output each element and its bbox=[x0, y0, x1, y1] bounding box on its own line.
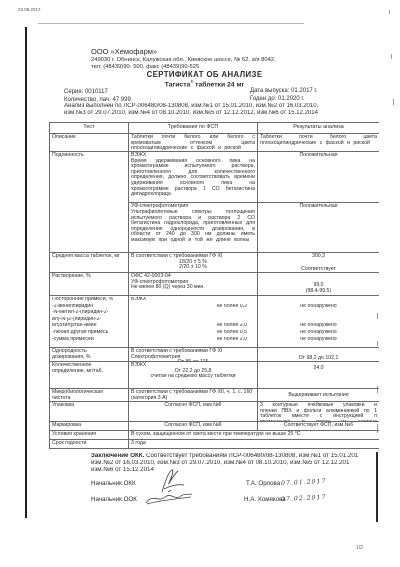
result-value: 300,3 bbox=[260, 254, 377, 260]
table-header-row: Тест Требования по ФСП Результаты анализ… bbox=[50, 123, 379, 134]
table-row: Растворение, % ОФС 42-0003-04 УФ-спектро… bbox=[50, 273, 379, 296]
impurity-line: -сумма примесей bbox=[52, 337, 126, 344]
product-name: Тагиста bbox=[165, 81, 191, 88]
scan-top-line bbox=[38, 23, 304, 24]
table-row: Количественное определение, мг/таб. ВЭЖХ… bbox=[50, 362, 379, 389]
test-name: Срок годности bbox=[50, 440, 129, 448]
requirement-text: ВЭЖХ Время удерживания основного пика на… bbox=[129, 152, 258, 202]
result-text: Положительная bbox=[258, 203, 379, 252]
requirement-text: 3 года bbox=[129, 440, 379, 448]
series-value: Серия: 0010117 bbox=[64, 88, 131, 96]
result-line: не обнаружено bbox=[260, 337, 377, 344]
impurity-line: -2-винилпиридин bbox=[52, 304, 126, 311]
result-text: Таблетки почти белого цвета плоскоцилинд… bbox=[258, 134, 379, 151]
page-number: 1/2 bbox=[356, 545, 363, 551]
column-header-results: Результаты анализа bbox=[258, 123, 379, 133]
scan-border-left bbox=[25, 27, 27, 518]
requirement-limit: не более 2,0 bbox=[131, 337, 255, 344]
table-row: Однородность дозирования, % В соответств… bbox=[50, 348, 379, 362]
test-name: Подлинность bbox=[50, 152, 129, 252]
test-line: определение, мг/таб. bbox=[52, 369, 126, 375]
result-text: Выдерживает испытания bbox=[258, 389, 379, 401]
test-name: Средняя масса таблеток, мг bbox=[50, 253, 129, 272]
signature-title-okk: Начальник ОКК bbox=[91, 480, 136, 487]
scanned-certificate-page: 23.08.2017 ООО «Хемофарм» 249030 г. Обни… bbox=[0, 0, 400, 567]
table-row: Условия хранения В сухом, защищенном от … bbox=[50, 431, 379, 440]
table-row: Посторонние примеси, % -2-винилпиридин -… bbox=[50, 296, 379, 348]
result-range: (98,4-99,5) bbox=[260, 289, 377, 295]
test-name: Количественное определение, мг/таб. bbox=[50, 362, 129, 388]
requirement-text: В соответствии с требованиями ГФ XI Спек… bbox=[129, 348, 258, 361]
requirement-limit: не более 0,5 bbox=[131, 330, 255, 337]
requirement-text: В соответствии с требованиями ГФ XII, ч.… bbox=[129, 389, 258, 401]
method-requirement: Ультрафиолетовые спектры поглощения испы… bbox=[131, 210, 255, 244]
impurity-line: -N-метил-2-(пиридин-2- bbox=[52, 310, 126, 317]
signature-title-ook: Начальник ООК bbox=[91, 496, 137, 503]
company-name: ООО «Хемофарм» bbox=[91, 47, 157, 56]
result-text: Соответствует ФСП, изм.№6 bbox=[258, 422, 379, 430]
requirement-text: В соответствии с требованиями ГФ XI 18/2… bbox=[129, 253, 258, 272]
table-row: Подлинность ВЭЖХ Время удерживания основ… bbox=[50, 152, 379, 253]
scan-date-stamp: 23.08.2017 bbox=[18, 7, 41, 12]
result-line bbox=[260, 297, 377, 304]
product-form: таблетки 24 мг bbox=[193, 81, 244, 88]
requirement-limit: не более 0,2 bbox=[131, 304, 255, 311]
analysis-table: Тест Требования по ФСП Результаты анализ… bbox=[49, 122, 379, 449]
test-name: Условия хранения bbox=[50, 431, 129, 439]
requirement-text: ОФС 42-0003-04 УФ-спектрофотометрия Не м… bbox=[129, 273, 258, 295]
result-text: 300,3 Соответствует bbox=[258, 253, 379, 272]
signature-scribble-2 bbox=[145, 491, 193, 510]
test-name: Однородность дозирования, % bbox=[50, 348, 129, 361]
table-row: Маркировка Согласно ФСП, изм.№6 Соответс… bbox=[50, 422, 379, 431]
impurity-line: ил)этил]этан-амин bbox=[52, 323, 126, 330]
test-name: Растворение, % bbox=[50, 273, 129, 295]
result-text: От 98,2 до 102,1 bbox=[258, 348, 379, 361]
analysis-reference-line2: изм.№3 от 29.07.2010, изм.№4 от 08.10.20… bbox=[64, 110, 378, 116]
table-row: Описание Таблетки почти белого или белог… bbox=[50, 134, 379, 152]
column-header-requirements: Требования по ФСП bbox=[129, 123, 258, 133]
requirement-limit: От 85 до 115 bbox=[131, 360, 255, 361]
result-text: 24,0 bbox=[258, 362, 379, 388]
method-label: ВЭЖХ bbox=[131, 297, 255, 304]
test-line: дозирования, % bbox=[52, 355, 126, 361]
requirement-limit: Не менее 80 (Q) через 30 мин. bbox=[131, 285, 255, 291]
method-requirement: Время удерживания основного пика на хром… bbox=[131, 159, 255, 198]
scan-artifact bbox=[393, 99, 394, 105]
test-name: Маркировка bbox=[50, 422, 129, 430]
requirement-limit bbox=[131, 310, 255, 317]
requirement-text: ВЭЖХ От 22,2 до 25,8 считая на среднюю м… bbox=[129, 362, 258, 388]
table-row: Микробиологическая чистота В соответстви… bbox=[50, 389, 379, 402]
identity-subrows: ВЭЖХ Время удерживания основного пика на… bbox=[129, 152, 379, 252]
conclusion-line2: изм.№2 от 16.03.2010, изм.№3 от 29.07.20… bbox=[91, 460, 378, 467]
table-row: Средняя масса таблеток, мг В соответстви… bbox=[50, 253, 379, 273]
identity-uv-subrow: УФ-спектрофотометрия Ультрафиолетовые сп… bbox=[129, 203, 379, 252]
requirement-note: считая на среднюю массу таблетки bbox=[131, 374, 255, 380]
requirement-text: В сухом, защищенном от света месте при т… bbox=[129, 431, 379, 439]
requirement-text: Согласно ФСП, изм.№6 bbox=[129, 402, 258, 421]
signature-name-orlova: Т.А. Орлова bbox=[246, 480, 280, 487]
requirement-limit: не более 2,0 bbox=[131, 323, 255, 330]
column-header-test: Тест bbox=[50, 123, 129, 133]
date-info: Дата выпуска: 01.2017 г. Годен до: 01.20… bbox=[250, 87, 318, 103]
scan-artifact bbox=[391, 54, 392, 59]
test-name: Описание bbox=[50, 134, 129, 151]
result-line: не обнаружено bbox=[260, 304, 377, 311]
handwritten-date-2: 07.02.2017 bbox=[281, 494, 327, 503]
table-row: Упаковка Согласно ФСП, изм.№6 3 контурны… bbox=[50, 402, 379, 422]
requirement-text: ВЭЖХ не более 0,2 не более 2,0 не более … bbox=[129, 296, 258, 347]
scan-artifact bbox=[389, 10, 390, 14]
release-date: Дата выпуска: 01.2017 г. bbox=[250, 87, 318, 95]
impurity-line: Посторонние примеси, % bbox=[52, 297, 126, 304]
requirement-limit bbox=[131, 317, 255, 324]
signature-ink-icon bbox=[145, 491, 193, 505]
result-line bbox=[260, 317, 377, 324]
result-verdict: Соответствует bbox=[260, 267, 377, 272]
result-line bbox=[260, 310, 377, 317]
company-address: 249030 г. Обнинск, Калужская обл., Киевс… bbox=[91, 57, 276, 63]
conclusion-block: Заключение ОКК. Соответствует требования… bbox=[91, 453, 378, 473]
result-line: применению в пачке из картона bbox=[260, 420, 377, 421]
signature-name-khomyakova: Н.А. Хомякова bbox=[244, 496, 286, 503]
result-text: не обнаружено не обнаружено не обнаружен… bbox=[258, 296, 379, 347]
analysis-reference-line1: Анализ выполнен по ЛСР-006480/08-130808,… bbox=[64, 103, 378, 109]
result-text: Положительная bbox=[258, 152, 379, 202]
batch-info: Серия: 0010117 Количество, пач. 47 999 bbox=[64, 88, 131, 104]
conclusion-line3: изм.№6 от 15.12.2014 bbox=[91, 467, 378, 474]
result-line: не обнаружено bbox=[260, 323, 377, 330]
requirement-text: Таблетки почти белого или белого с кремо… bbox=[129, 134, 258, 151]
result-text: 3 контурные ячейковые упаковки и пленки … bbox=[258, 402, 379, 421]
conclusion-line1: Соответствует требованиям ЛСР-006480/08-… bbox=[144, 453, 358, 459]
result-text: 99,0 (98,4-99,5) bbox=[258, 273, 379, 295]
impurity-line: ил)-N-[2-(пиридин-2- bbox=[52, 317, 126, 324]
requirement-text: Согласно ФСП, изм.№6 bbox=[129, 422, 258, 430]
requirement-text: УФ-спектрофотометрия Ультрафиолетовые сп… bbox=[129, 203, 258, 252]
test-line: чистота bbox=[52, 396, 126, 401]
result-line: не обнаружено bbox=[260, 330, 377, 337]
expiry-date: Годен до: 01.2020 г. bbox=[250, 95, 318, 103]
test-name: Упаковка bbox=[50, 402, 129, 421]
conclusion-label: Заключение ОКК. bbox=[91, 453, 144, 459]
impurity-line: -любая другая примесь bbox=[52, 330, 126, 337]
table-row: Срок годности 3 года bbox=[50, 440, 379, 449]
test-name: Посторонние примеси, % -2-винилпиридин -… bbox=[50, 296, 129, 347]
document-title: СЕРТИФИКАТ ОБ АНАЛИЗЕ bbox=[49, 70, 360, 79]
test-name: Микробиологическая чистота bbox=[50, 389, 129, 401]
requirement-limit: 2/20 ± 10 % bbox=[131, 265, 255, 271]
handwritten-date-1: 07.01.2017 bbox=[281, 478, 327, 487]
identity-hplc-subrow: ВЭЖХ Время удерживания основного пика на… bbox=[129, 152, 379, 203]
